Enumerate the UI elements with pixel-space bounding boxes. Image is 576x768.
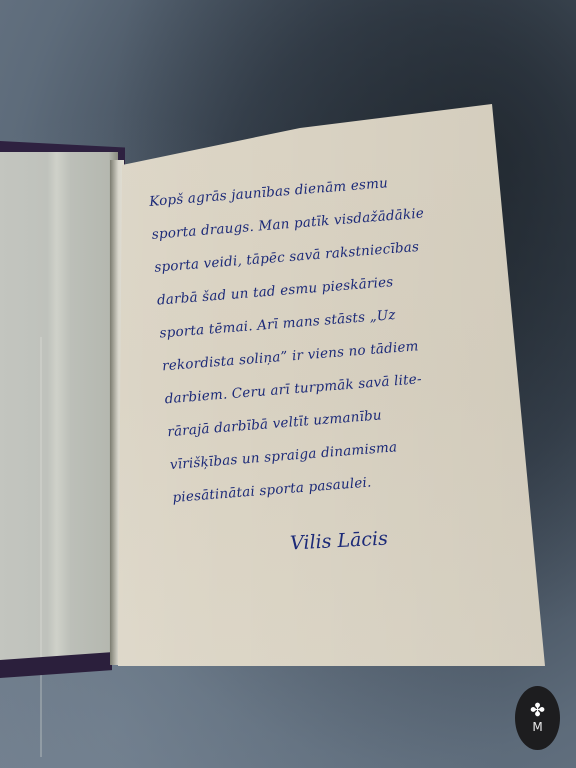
left-page-endpaper xyxy=(0,152,118,664)
handwritten-inscription: Kopš agrās jaunības dienām esmu sporta d… xyxy=(148,159,518,515)
folk-flower-icon: ✤ xyxy=(530,702,545,720)
watermark-logo: ✤ M xyxy=(515,686,560,750)
watermark-letter: M xyxy=(532,720,542,734)
endpaper-crease xyxy=(40,337,112,757)
